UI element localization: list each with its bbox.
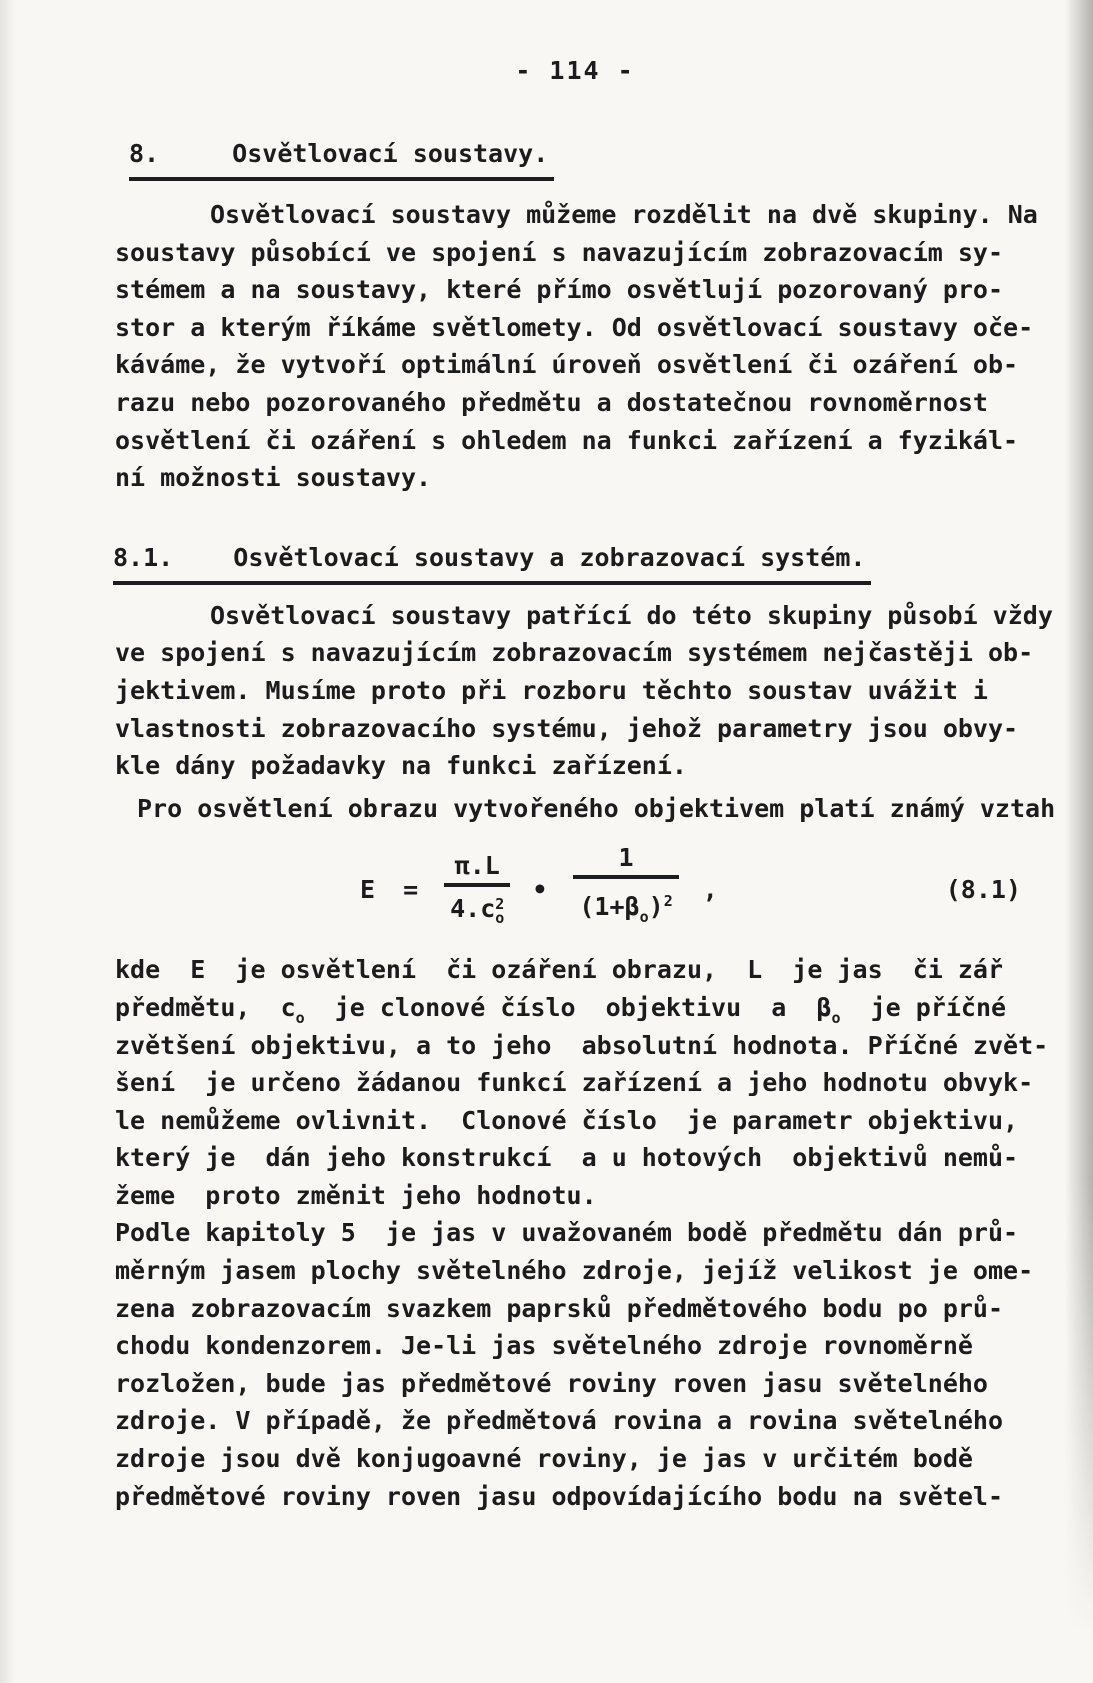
text-line: ní možnosti soustavy. [115, 459, 1035, 497]
section-title: Osvětlovací soustavy a zobrazovací systé… [233, 543, 865, 572]
text-line: předmětové roviny roven jasu odpovídajíc… [115, 1478, 1035, 1516]
superscript: 2 [664, 892, 673, 910]
text-line: šení je určeno žádanou funkcí zařízení a… [115, 1064, 1035, 1102]
section-title: Osvětlovací soustavy. [232, 139, 548, 168]
text-segment: je clonové číslo objektivu a β [305, 993, 832, 1022]
text-line: stémem a na soustavy, které přímo osvětl… [115, 271, 1035, 309]
paragraph-2: Osvětlovací soustavy patřící do této sku… [115, 597, 1035, 785]
text-line: le nemůžeme ovlivnit. Clonové číslo je p… [115, 1102, 1035, 1140]
text-line: Osvětlovací soustavy patřící do této sku… [115, 597, 1035, 635]
section-number: 8. [129, 139, 159, 168]
text-line: kde E je osvětlení či ozáření obrazu, L … [115, 951, 1035, 989]
fraction-2-denominator: (1+βo)2 [573, 875, 678, 937]
fraction-2-numerator: 1 [613, 841, 640, 875]
formula-intro-line: Pro osvětlení obrazu vytvořeného objekti… [115, 790, 1035, 828]
equation-8-1: E = π.L 4.c2o • 1 (1+βo)2 , (8.1) [115, 841, 1035, 937]
text-segment: 4.c [450, 894, 495, 923]
paragraph-3: kde E je osvětlení či ozáření obrazu, L … [115, 951, 1035, 1214]
text-line: předmětu, co je clonové číslo objektivu … [115, 989, 1035, 1027]
paragraph-1: Osvětlovací soustavy můžeme rozdělit na … [115, 196, 1035, 497]
comma: , [703, 875, 718, 904]
paragraph-4: Podle kapitoly 5 je jas v uvažovaném bod… [115, 1214, 1035, 1515]
text-segment: (1+β [579, 892, 639, 921]
page-content: - 114 - 8. Osvětlovací soustavy. Osvětlo… [0, 0, 1093, 1683]
subscript: o [640, 908, 649, 926]
text-line: zdroje. V případě, že předmětová rovina … [115, 1402, 1035, 1440]
text-segment: ) [649, 892, 664, 921]
fraction-2: 1 (1+βo)2 [573, 841, 678, 937]
fraction-1-denominator: 4.c2o [444, 883, 510, 929]
text-line: soustavy působící ve spojení s navazujíc… [115, 234, 1035, 272]
text-line: Podle kapitoly 5 je jas v uvažovaném bod… [115, 1214, 1035, 1252]
multiplication-dot: • [532, 875, 547, 904]
section-heading-row: 8.1. Osvětlovací soustavy a zobrazovací … [113, 543, 871, 585]
text-line: kle dány požadavky na funkci zařízení. [115, 747, 1035, 785]
text-line: stor a kterým říkáme světlomety. Od osvě… [115, 309, 1035, 347]
subscript: o [296, 1009, 305, 1027]
text-line: zena zobrazovacím svazkem paprsků předmě… [115, 1290, 1035, 1328]
section-heading-8: 8. Osvětlovací soustavy. [129, 139, 1035, 181]
text-line: osvětlení či ozáření s ohledem na funkci… [115, 422, 1035, 460]
fraction-1: π.L 4.c2o [444, 849, 510, 929]
text-line: žeme proto změnit jeho hodnotu. [115, 1177, 1035, 1215]
text-line: rozložen, bude jas předmětové roviny rov… [115, 1365, 1035, 1403]
section-heading-8-1: 8.1. Osvětlovací soustavy a zobrazovací … [113, 543, 1035, 585]
text-line: razu nebo pozorovaného předmětu a dostat… [115, 384, 1035, 422]
equation-lhs: E [360, 875, 375, 904]
text-line: Osvětlovací soustavy můžeme rozdělit na … [115, 196, 1035, 234]
text-line: káváme, že vytvoří optimální úroveň osvě… [115, 346, 1035, 384]
text-segment: je příčné [840, 993, 1006, 1022]
fraction-1-numerator: π.L [449, 849, 506, 883]
text-line: ve spojení s navazujícím zobrazovacím sy… [115, 634, 1035, 672]
text-line: zdroje jsou dvě konjugoavné roviny, je j… [115, 1440, 1035, 1478]
text-segment: předmětu, c [115, 993, 296, 1022]
sup-sub-stack: 2o [495, 897, 504, 925]
text-line: chodu kondenzorem. Je-li jas světelného … [115, 1327, 1035, 1365]
text-line: který je dán jeho konstrukcí a u hotovýc… [115, 1139, 1035, 1177]
section-number: 8.1. [113, 543, 173, 572]
equation-number: (8.1) [946, 875, 1021, 904]
document-page: - 114 - 8. Osvětlovací soustavy. Osvětlo… [0, 0, 1093, 1683]
text-line: Pro osvětlení obrazu vytvořeného objekti… [115, 790, 1035, 828]
equals-sign: = [403, 875, 418, 904]
text-line: zvětšení objektivu, a to jeho absolutní … [115, 1027, 1035, 1065]
subscript: o [495, 911, 504, 925]
text-line: jektivem. Musíme proto při rozboru těcht… [115, 672, 1035, 710]
text-line: vlastnosti zobrazovacího systému, jehož … [115, 710, 1035, 748]
section-heading-row: 8. Osvětlovací soustavy. [129, 139, 554, 181]
text-line: měrným jasem plochy světelného zdroje, j… [115, 1252, 1035, 1290]
page-number: - 114 - [115, 56, 1035, 85]
